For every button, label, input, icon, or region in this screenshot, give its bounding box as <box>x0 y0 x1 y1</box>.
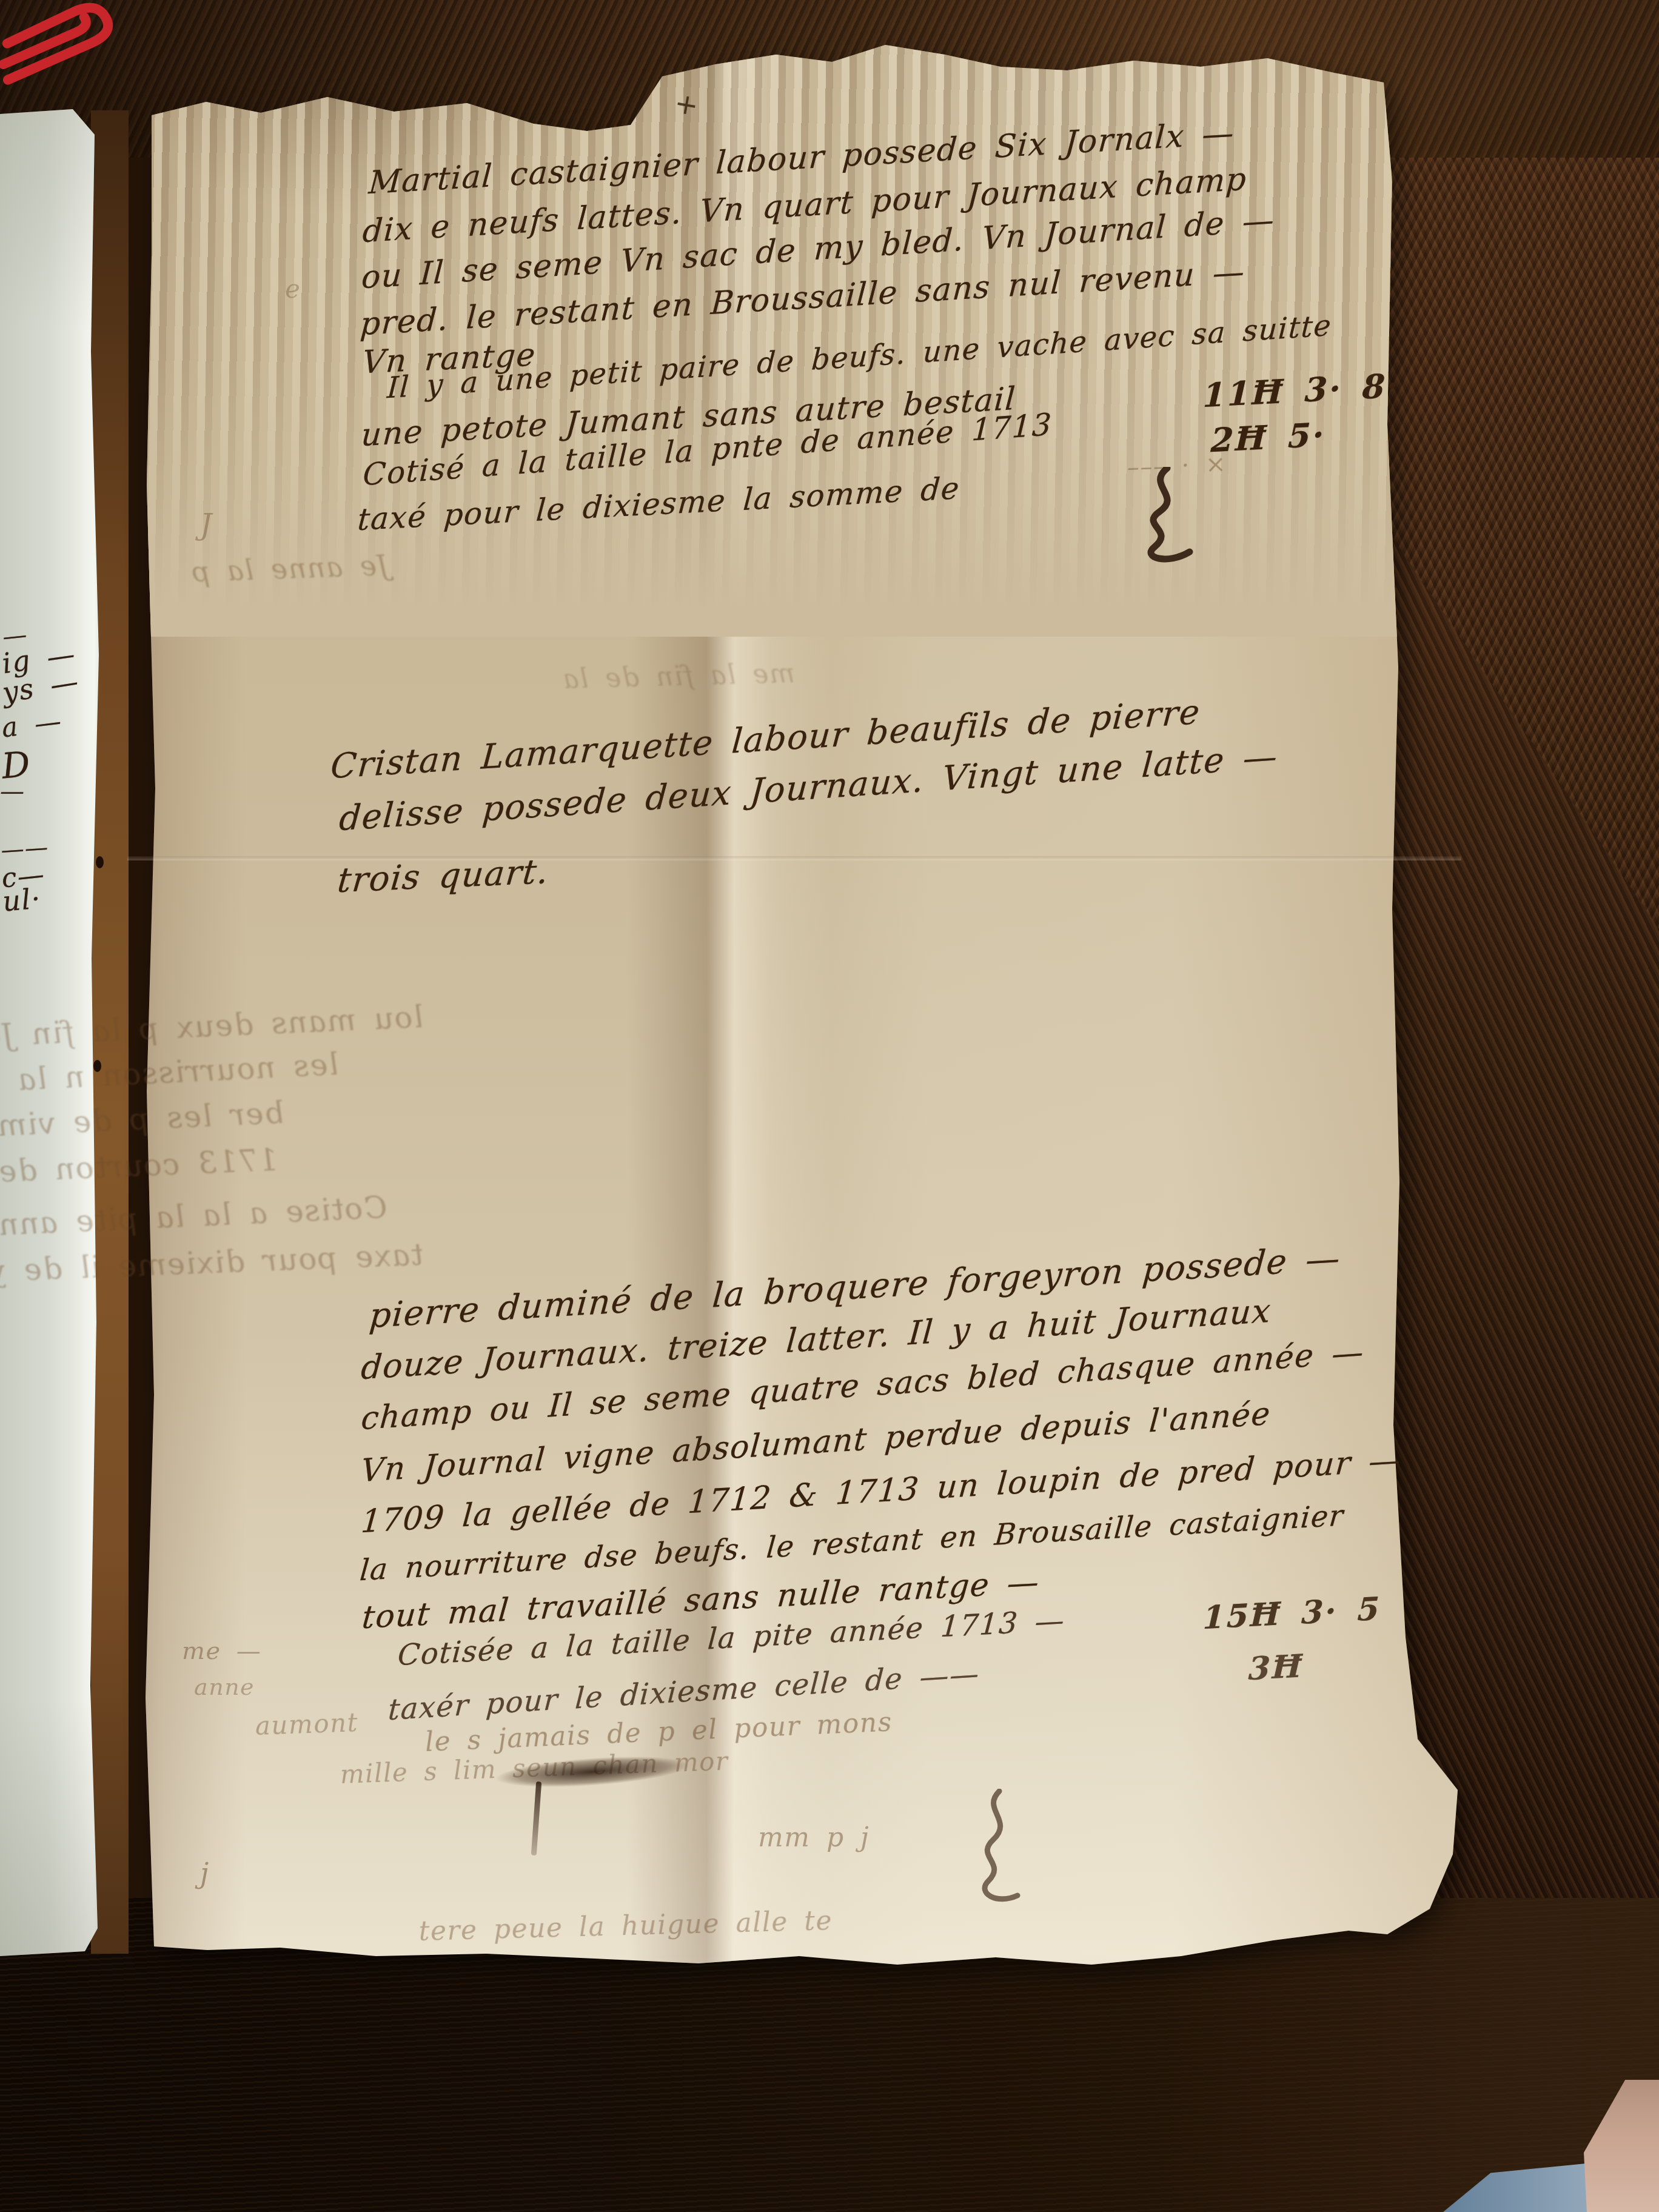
taille-amount: 11Ħ 3· 8· <box>1202 366 1401 415</box>
taille-amount: 15Ħ 3· 5 <box>1202 1590 1382 1637</box>
bleedthrough-line: me la fin de la <box>561 658 795 695</box>
ink-smudge-tail <box>531 1781 541 1855</box>
faint-fragment: anne <box>194 1674 255 1700</box>
bleedthrough-line: taxe pour dixieme il de y <box>0 1237 424 1289</box>
faint-fragment: mm p j <box>758 1822 870 1853</box>
bleedthrough-line: Je anne la p <box>190 549 389 588</box>
faint-fragment: j <box>200 1857 210 1889</box>
entry-line: trois quart. <box>336 852 551 901</box>
handwriting-layer: + Martial castaignier labour possede Six… <box>0 0 1659 2212</box>
dixiesme-amount: 2Ħ 5· <box>1210 415 1327 460</box>
bleedthrough-line: lou mans deux p la fin Journaux <box>0 999 424 1059</box>
margin-mark: e <box>285 274 301 304</box>
page-mark: + <box>672 86 702 122</box>
dixiesme-amount: 3Ħ <box>1248 1647 1304 1687</box>
margin-mark: J <box>200 508 213 542</box>
faint-fragment: tere peue la huigue alle te <box>418 1905 833 1947</box>
red-paperclip <box>0 1 152 86</box>
faint-fragment: me — <box>182 1637 261 1665</box>
ink-flourish-bottom <box>946 1789 1037 1910</box>
ink-flourish <box>1110 467 1219 570</box>
faint-fragment: aumont <box>255 1708 359 1741</box>
